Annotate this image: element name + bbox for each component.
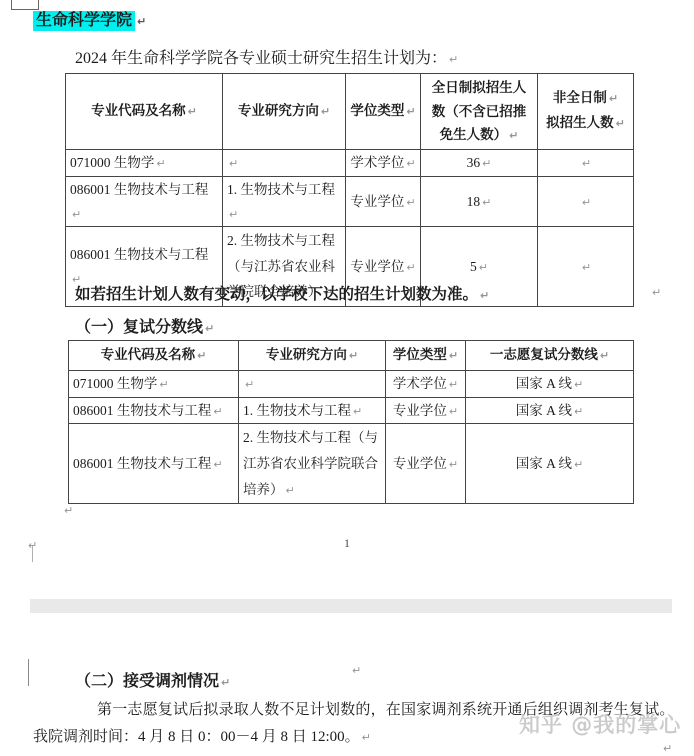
- cell-parttime-count: ↵: [538, 149, 634, 176]
- cell-major: 086001 生物技术与工程↵: [69, 424, 239, 504]
- pilcrow-mark: ↵: [616, 117, 625, 130]
- cell-score-line: 国家 A 线↵: [466, 424, 634, 504]
- pilcrow-mark: ↵: [286, 484, 295, 497]
- pilcrow-mark: ↵: [449, 349, 458, 362]
- table-row: 071000 生物学↵ ↵ 学术学位↵ 国家 A 线↵: [69, 370, 634, 397]
- pilcrow-mark: ↵: [406, 261, 415, 274]
- pilcrow-mark: ↵: [137, 15, 146, 28]
- header-research-direction: 专业研究方向↵: [239, 341, 386, 371]
- page-break-band: [30, 599, 672, 613]
- pilcrow-mark: ↵: [479, 261, 488, 274]
- header-major-code: 专业代码及名称↵: [69, 341, 239, 371]
- cell-degree: 专业学位↵: [346, 176, 421, 226]
- pilcrow-mark: ↵: [600, 349, 609, 362]
- pilcrow-mark: ↵: [482, 196, 491, 209]
- cell-fulltime-count: 18↵: [421, 176, 538, 226]
- score-line-table: 专业代码及名称↵ 专业研究方向↵ 学位类型↵ 一志愿复试分数线↵ 071000 …: [68, 340, 634, 504]
- cell-major: 086001 生物技术与工程↵: [69, 397, 239, 424]
- table-row: 071000 生物学↵ ↵ 学术学位↵ 36↵ ↵: [66, 149, 634, 176]
- pilcrow-mark: ↵: [449, 405, 458, 418]
- pilcrow-mark: ↵: [582, 196, 591, 209]
- section-heading-retest-line: （一）复试分数线↵: [75, 314, 214, 337]
- cell-degree: 专业学位↵: [386, 424, 466, 504]
- pilcrow-mark: ↵: [574, 378, 583, 391]
- section-heading-transfer: （二）接受调剂情况↵: [75, 668, 230, 691]
- intro-text: 2024 年生命科学学院各专业硕士研究生招生计划为：: [75, 50, 447, 67]
- cell-direction: 2. 生物技术与工程（与江苏省农业科学院联合培养）↵: [239, 424, 386, 504]
- header-research-direction: 专业研究方向↵: [223, 74, 346, 150]
- pilcrow-mark: ↵: [221, 676, 230, 689]
- header-degree-type: 学位类型↵: [386, 341, 466, 371]
- highlighted-title-text: 生命科学学院: [33, 11, 135, 31]
- pilcrow-mark: ↵: [480, 289, 489, 302]
- pilcrow-mark: ↵: [72, 208, 81, 221]
- pilcrow-mark: ↵: [449, 53, 458, 66]
- page-number: 1: [0, 536, 694, 551]
- pilcrow-mark: ↵: [582, 261, 591, 274]
- table-row: 086001 生物技术与工程↵ 1. 生物技术与工程↵ 专业学位↵ 18↵ ↵: [66, 176, 634, 226]
- cell-degree: 学术学位↵: [346, 149, 421, 176]
- text-cursor-line: [28, 659, 29, 686]
- zhihu-watermark: 知乎 @我的掌心: [519, 709, 681, 739]
- pilcrow-mark: ↵: [406, 196, 415, 209]
- pilcrow-mark: ↵: [663, 742, 672, 755]
- header-parttime-quota: 非全日制↵ 拟招生人数↵: [538, 74, 634, 150]
- cell-degree: 学术学位↵: [386, 370, 466, 397]
- admission-plan-table: 专业代码及名称↵ 专业研究方向↵ 学位类型↵ 全日制拟招生人数（不含已招推免生人…: [65, 73, 634, 307]
- pilcrow-mark: ↵: [349, 349, 358, 362]
- pilcrow-mark: ↵: [352, 664, 361, 677]
- cell-score-line: 国家 A 线↵: [466, 370, 634, 397]
- pilcrow-mark: ↵: [509, 129, 518, 142]
- pilcrow-mark: ↵: [362, 731, 371, 744]
- header-major-code: 专业代码及名称↵: [66, 74, 223, 150]
- pilcrow-mark: ↵: [574, 458, 583, 471]
- pilcrow-mark: ↵: [449, 458, 458, 471]
- cell-parttime-count: ↵: [538, 176, 634, 226]
- pilcrow-mark: ↵: [609, 92, 618, 105]
- pilcrow-mark: ↵: [449, 378, 458, 391]
- pilcrow-mark: ↵: [229, 208, 238, 221]
- pilcrow-mark: ↵: [188, 105, 197, 118]
- cell-degree: 专业学位↵: [386, 397, 466, 424]
- header-fulltime-quota: 全日制拟招生人数（不含已招推免生人数）↵: [421, 74, 538, 150]
- transfer-paragraph-line2: 我院调剂时间：4 月 8 日 0：00－4 月 8 日 12:00。↵: [33, 725, 371, 746]
- pilcrow-mark: ↵: [582, 157, 591, 170]
- cell-major: 071000 生物学↵: [66, 149, 223, 176]
- cell-major: 071000 生物学↵: [69, 370, 239, 397]
- table-row: 086001 生物技术与工程↵ 2. 生物技术与工程（与江苏省农业科学院联合培养…: [69, 424, 634, 504]
- intro-paragraph: 2024 年生命科学学院各专业硕士研究生招生计划为：↵: [75, 45, 458, 68]
- cell-direction: 1. 生物技术与工程↵: [239, 397, 386, 424]
- pilcrow-mark: ↵: [406, 157, 415, 170]
- pilcrow-mark: ↵: [652, 286, 661, 299]
- pilcrow-mark: ↵: [159, 378, 168, 391]
- pilcrow-mark: ↵: [213, 458, 222, 471]
- pilcrow-mark: ↵: [574, 405, 583, 418]
- cell-direction: ↵: [223, 149, 346, 176]
- pilcrow-mark: ↵: [229, 157, 238, 170]
- document-page: 生命科学学院↵ 2024 年生命科学学院各专业硕士研究生招生计划为：↵ 专业代码…: [0, 0, 694, 756]
- pilcrow-mark: ↵: [353, 405, 362, 418]
- table-row: 086001 生物技术与工程↵ 1. 生物技术与工程↵ 专业学位↵ 国家 A 线…: [69, 397, 634, 424]
- cell-parttime-count: ↵: [538, 227, 634, 307]
- pilcrow-mark: ↵: [482, 157, 491, 170]
- cell-major: 086001 生物技术与工程↵: [66, 176, 223, 226]
- pilcrow-mark: ↵: [406, 105, 415, 118]
- pilcrow-mark: ↵: [205, 322, 214, 335]
- page-title: 生命科学学院↵: [33, 7, 146, 30]
- header-first-choice-score-line: 一志愿复试分数线↵: [466, 341, 634, 371]
- pilcrow-mark: ↵: [64, 504, 73, 517]
- table-header-row: 专业代码及名称↵ 专业研究方向↵ 学位类型↵ 一志愿复试分数线↵: [69, 341, 634, 371]
- cell-direction: 1. 生物技术与工程↵: [223, 176, 346, 226]
- cell-score-line: 国家 A 线↵: [466, 397, 634, 424]
- cell-fulltime-count: 36↵: [421, 149, 538, 176]
- plan-change-note: 如若招生计划人数有变动，以学校下达的招生计划数为准。↵: [75, 282, 489, 304]
- pilcrow-mark: ↵: [245, 378, 254, 391]
- pilcrow-mark: ↵: [197, 349, 206, 362]
- pilcrow-mark: ↵: [321, 105, 330, 118]
- header-degree-type: 学位类型↵: [346, 74, 421, 150]
- table-header-row: 专业代码及名称↵ 专业研究方向↵ 学位类型↵ 全日制拟招生人数（不含已招推免生人…: [66, 74, 634, 150]
- pilcrow-mark: ↵: [213, 405, 222, 418]
- pilcrow-mark: ↵: [156, 157, 165, 170]
- cell-direction: ↵: [239, 370, 386, 397]
